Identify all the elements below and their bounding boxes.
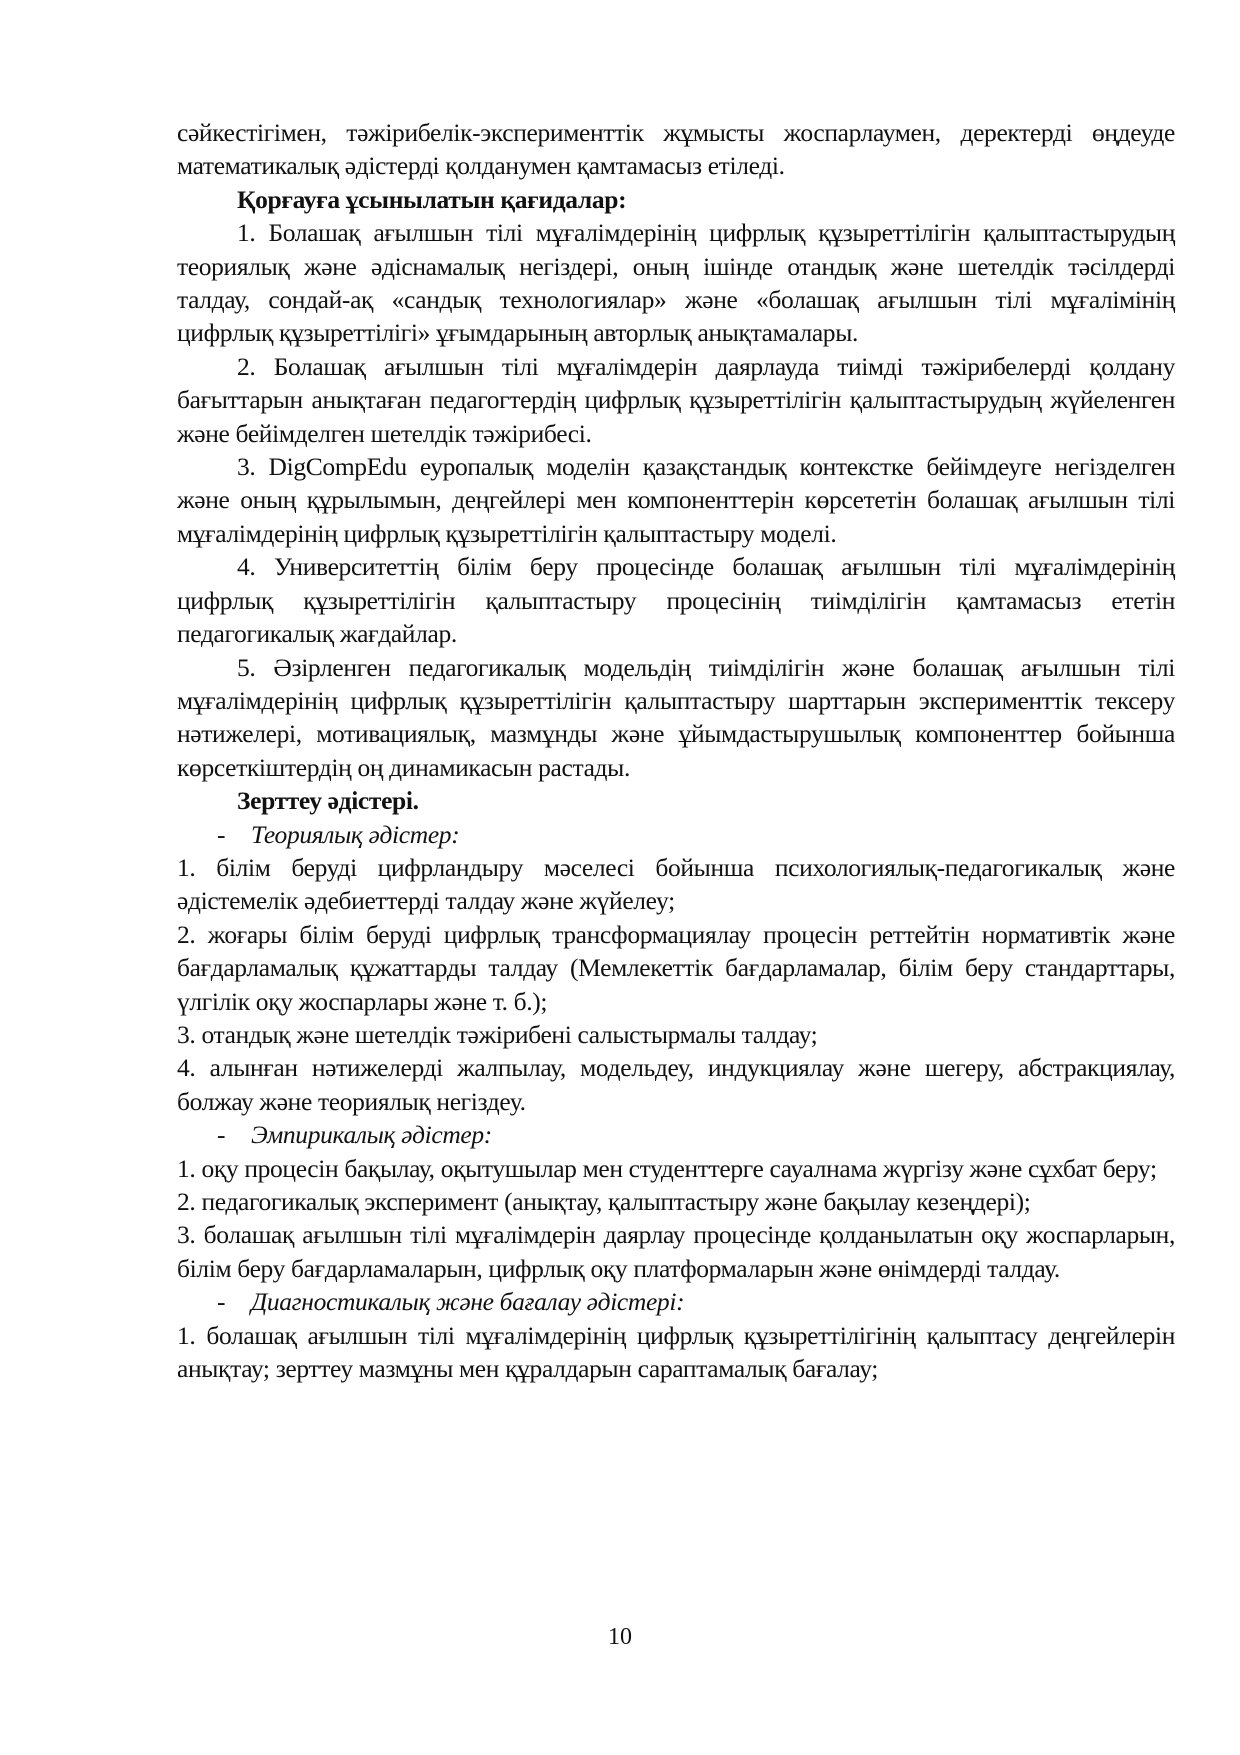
research-methods-heading: Зерттеу әдістері.: [177, 784, 1175, 817]
method-item: 3. отандық және шетелдік тәжірибені салы…: [177, 1018, 1175, 1051]
methods-group-label: Диагностикалық және бағалау әдістері:: [251, 1287, 684, 1316]
defense-provision-item: 4. Университеттің білім беру процесінде …: [177, 550, 1175, 650]
methods-group-empirical: -Эмпирикалық әдістер:: [177, 1118, 1175, 1151]
defense-provisions-heading: Қорғауға ұсынылатын қағидалар:: [177, 183, 1175, 216]
page-number: 10: [0, 1622, 1240, 1652]
dash-bullet-icon: -: [217, 818, 251, 851]
method-item: 3. болашақ ағылшын тілі мұғалімдерін дая…: [177, 1218, 1175, 1285]
defense-provision-item: 2. Болашақ ағылшын тілі мұғалімдерін дая…: [177, 350, 1175, 450]
defense-provision-item: 1. Болашақ ағылшын тілі мұғалімдерінің ц…: [177, 216, 1175, 350]
dash-bullet-icon: -: [217, 1118, 251, 1151]
methods-group-label: Эмпирикалық әдістер:: [251, 1120, 492, 1149]
method-item: 4. алынған нәтижелерді жалпылау, модельд…: [177, 1051, 1175, 1118]
methods-group-label: Теориялық әдістер:: [251, 820, 459, 849]
methods-group-diagnostic: -Диагностикалық және бағалау әдістері:: [177, 1285, 1175, 1318]
methods-group-theoretical: -Теориялық әдістер:: [177, 818, 1175, 851]
method-item: 1. оқу процесін бақылау, оқытушылар мен …: [177, 1152, 1175, 1185]
method-item: 2. жоғары білім беруді цифрлық трансформ…: [177, 918, 1175, 1018]
defense-provision-item: 3. DigCompEdu еуропалық моделін қазақста…: [177, 450, 1175, 550]
document-page: сәйкестігімен, тәжірибелік-экспериментті…: [177, 116, 1175, 1385]
dash-bullet-icon: -: [217, 1285, 251, 1318]
method-item: 1. болашақ ағылшын тілі мұғалімдерінің ц…: [177, 1319, 1175, 1386]
method-item: 2. педагогикалық эксперимент (анықтау, қ…: [177, 1185, 1175, 1218]
intro-paragraph: сәйкестігімен, тәжірибелік-экспериментті…: [177, 116, 1175, 183]
method-item: 1. білім беруді цифрландыру мәселесі бой…: [177, 851, 1175, 918]
defense-provision-item: 5. Әзірленген педагогикалық модельдің ти…: [177, 651, 1175, 785]
